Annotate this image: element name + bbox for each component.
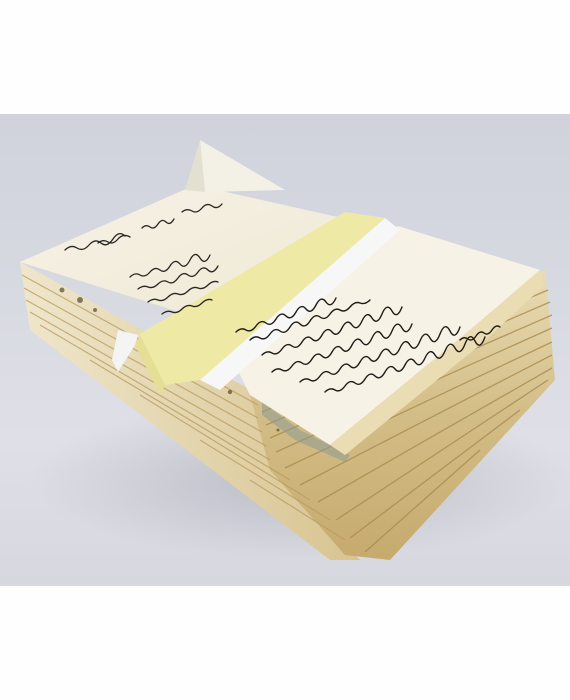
- manuscript-stack-illustration: [0, 114, 570, 586]
- manuscript-photo: Photograph of a bundle of aged handwritt…: [0, 114, 570, 586]
- folded-corner: [200, 140, 285, 192]
